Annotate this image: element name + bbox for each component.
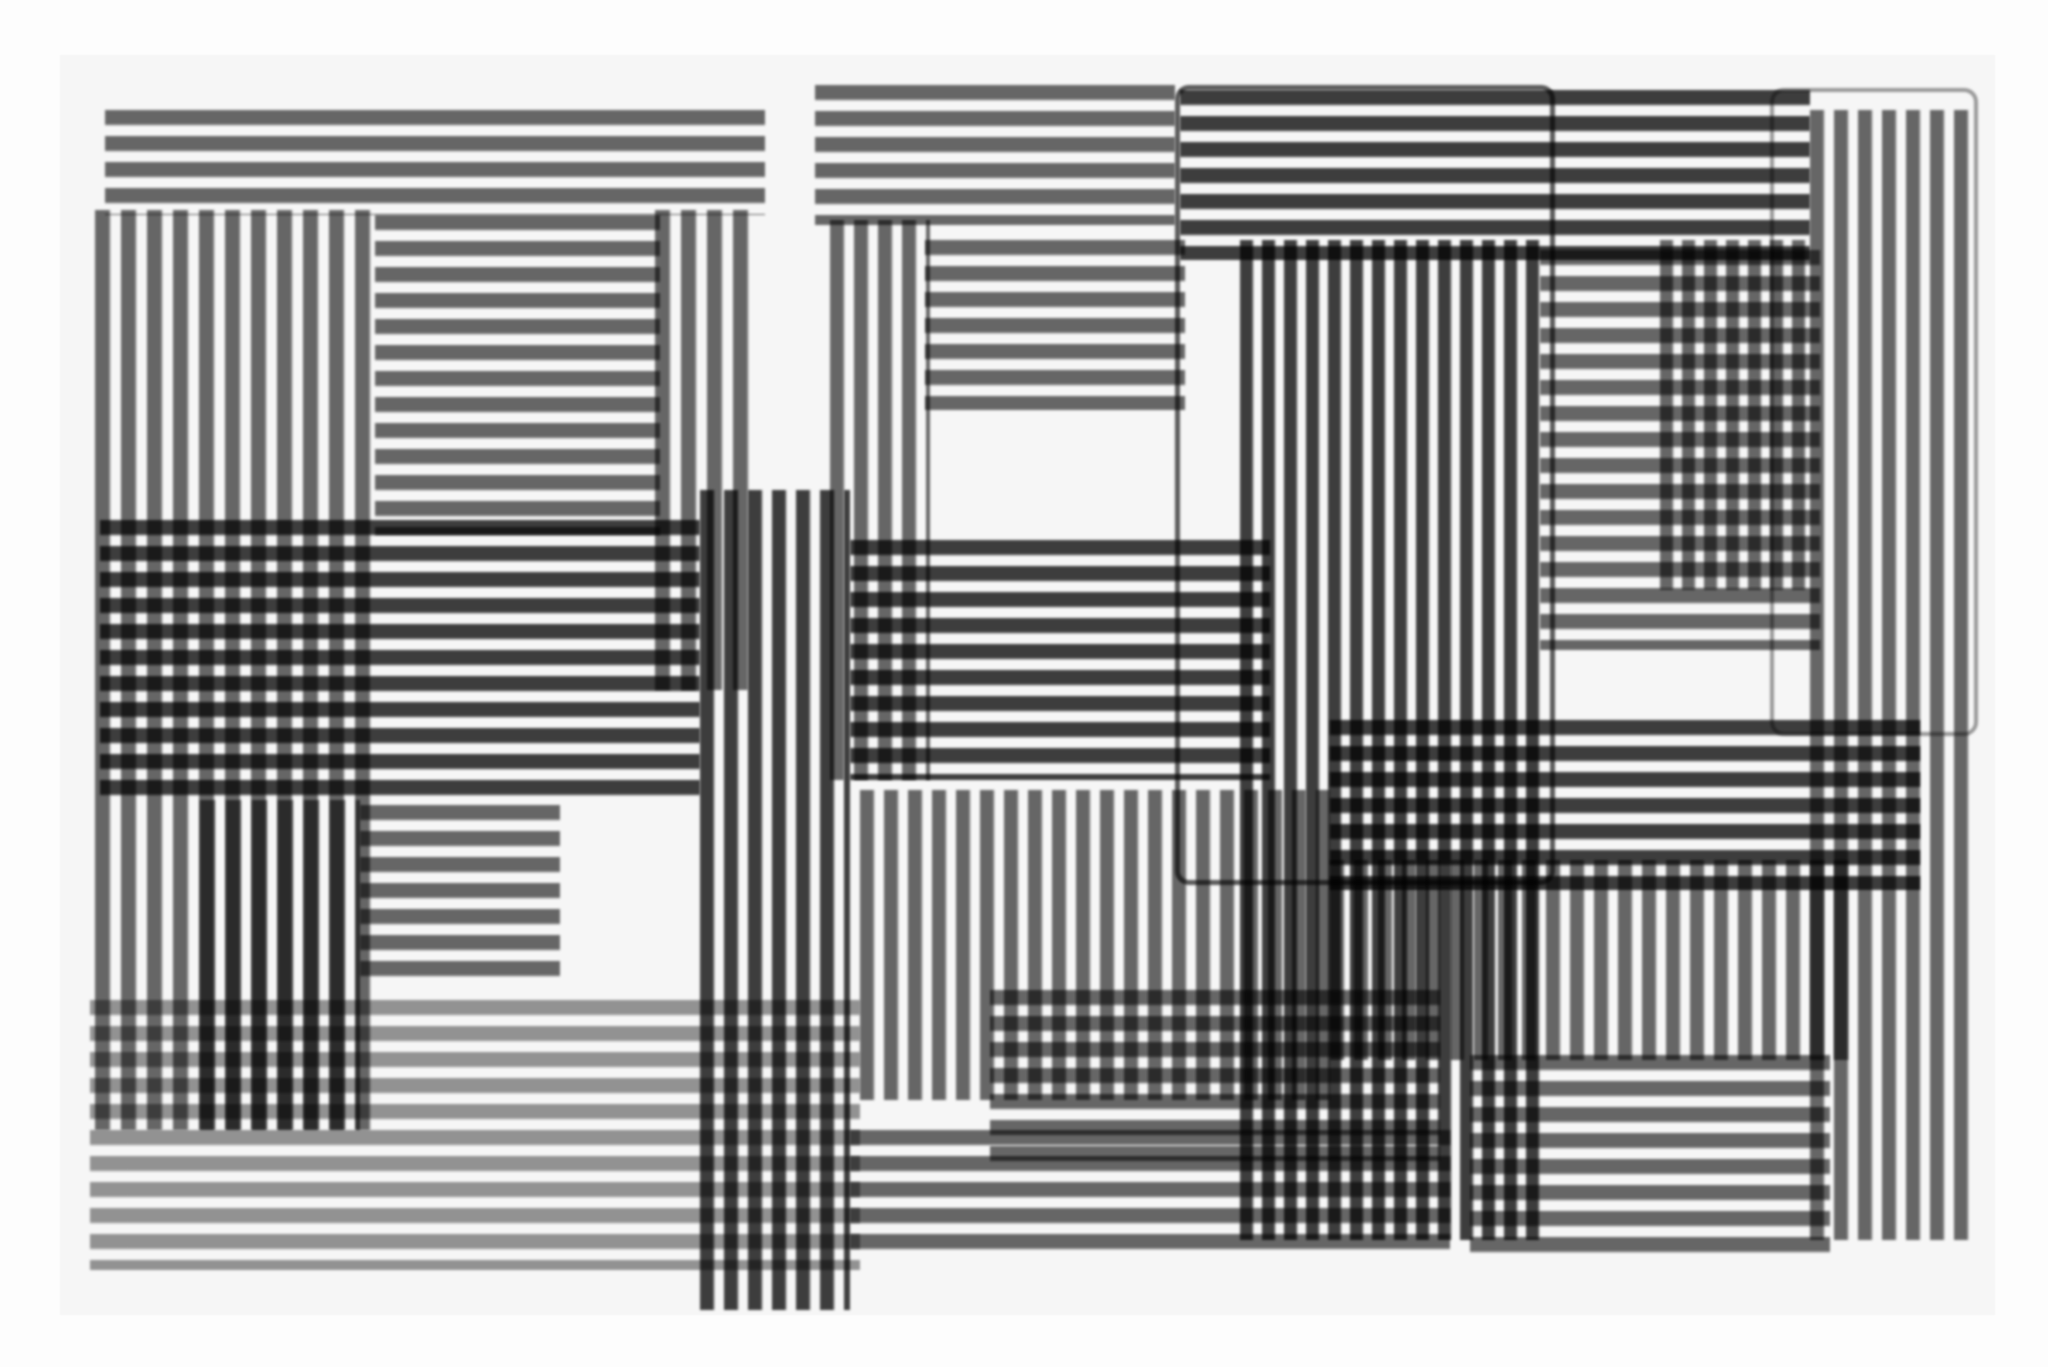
right-outline-frame (1770, 88, 1978, 736)
dark-outline-frame (1175, 85, 1555, 885)
stripe-panel-center-h-upper (925, 240, 1185, 410)
stripe-panel-top-center-h (815, 85, 1175, 225)
stripe-panel-center-v-column (700, 490, 850, 1310)
stripe-panel-right-lower-v (1330, 860, 1850, 1060)
stripe-panel-right-bottom-h (1470, 1055, 1830, 1260)
stripe-panel-left-lower-h (360, 805, 560, 985)
artwork-canvas (0, 0, 2048, 1367)
stripe-panel-left-center-h (375, 215, 660, 535)
stripe-panel-top-left-h (105, 110, 765, 215)
stripe-panel-left-mid-h-dark (100, 520, 700, 800)
